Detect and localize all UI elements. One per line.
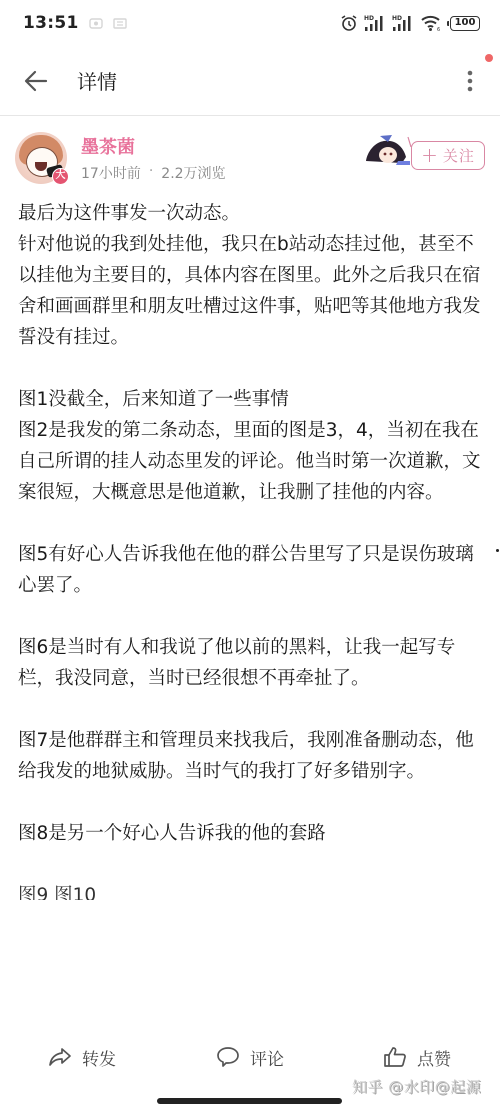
back-button[interactable] — [0, 46, 72, 116]
post-paragraph: 图8是另一个好心人告诉我的他的套路 — [18, 818, 488, 849]
notification-icon — [113, 18, 127, 29]
post-paragraph: 图6是当时有人和我说了他以前的黑料，让我一起写专栏，我没同意，当时已经很想不再牵… — [18, 632, 488, 694]
svg-text:HD: HD — [364, 15, 374, 22]
svg-text:6: 6 — [437, 27, 440, 32]
share-icon — [48, 1046, 72, 1068]
post-paragraph: 图5有好心人告诉我他在他的群公告里写了只是误伤玻璃心罢了。 — [18, 539, 488, 601]
notification-dot — [485, 54, 493, 62]
share-label: 转发 — [82, 1045, 116, 1070]
meta-separator: · — [149, 163, 153, 183]
screen: 13:51 HD HD 6 100 详情 — [0, 0, 500, 1111]
post-meta: 17小时前 · 2.2万浏览 — [81, 163, 226, 183]
more-vertical-icon — [467, 70, 473, 92]
follow-label: 关注 — [443, 145, 475, 166]
battery-indicator: 100 — [450, 16, 480, 31]
comment-button[interactable]: 评论 — [216, 1032, 284, 1082]
comment-icon — [216, 1046, 240, 1068]
status-time: 13:51 — [23, 13, 79, 33]
post-paragraph: 图7是他群群主和管理员来找我后，我刚准备删动态，他给我发的地狱威胁。当时气的我打… — [18, 725, 488, 787]
post-paragraph: 最后为这件事发一次动态。 针对他说的我到处挂他，我只在b站动态挂过他，甚至不以挂… — [18, 198, 488, 353]
signal-hd-icon: HD — [392, 14, 414, 32]
scroll-indicator[interactable] — [496, 549, 499, 552]
post-paragraph: 图1没截全，后来知道了一些事情 图2是我发的第二条动态，里面的图是3，4，当初在… — [18, 384, 488, 508]
app-bar: 详情 — [0, 46, 500, 116]
svg-text:HD: HD — [392, 15, 402, 22]
like-button[interactable]: 点赞 — [383, 1032, 451, 1082]
action-bar: 转发 评论 点赞 — [0, 1032, 500, 1082]
share-button[interactable]: 转发 — [48, 1032, 116, 1082]
status-right: HD HD 6 100 — [340, 14, 480, 32]
page-title: 详情 — [77, 66, 440, 95]
plus-icon: + — [421, 145, 439, 165]
wifi-icon: 6 — [420, 14, 442, 32]
follow-decoration-icon — [362, 131, 414, 167]
author-name[interactable]: 墨茶菌 — [81, 133, 226, 159]
comment-label: 评论 — [250, 1045, 284, 1070]
like-label: 点赞 — [417, 1045, 451, 1070]
status-bar: 13:51 HD HD 6 100 — [0, 0, 500, 46]
watermark: 知乎 @水印@起源 — [352, 1076, 481, 1097]
notification-icon — [89, 18, 103, 29]
avatar[interactable]: 大 — [15, 132, 67, 184]
arrow-left-icon — [24, 70, 48, 92]
verified-badge: 大 — [52, 168, 69, 185]
follow-button[interactable]: + 关注 — [411, 141, 485, 170]
view-count: 2.2万浏览 — [161, 163, 225, 183]
thumbs-up-icon — [383, 1046, 407, 1068]
signal-hd-icon: HD — [364, 14, 386, 32]
post-paragraph-clipped: 图9 图10 — [18, 880, 488, 900]
more-options-button[interactable] — [440, 46, 500, 116]
author-meta: 墨茶菌 17小时前 · 2.2万浏览 — [81, 133, 226, 183]
home-indicator[interactable] — [157, 1098, 342, 1104]
alarm-icon — [340, 14, 358, 32]
post-time: 17小时前 — [81, 163, 141, 183]
status-left: 13:51 — [23, 13, 127, 33]
post-content: 最后为这件事发一次动态。 针对他说的我到处挂他，我只在b站动态挂过他，甚至不以挂… — [18, 198, 488, 900]
